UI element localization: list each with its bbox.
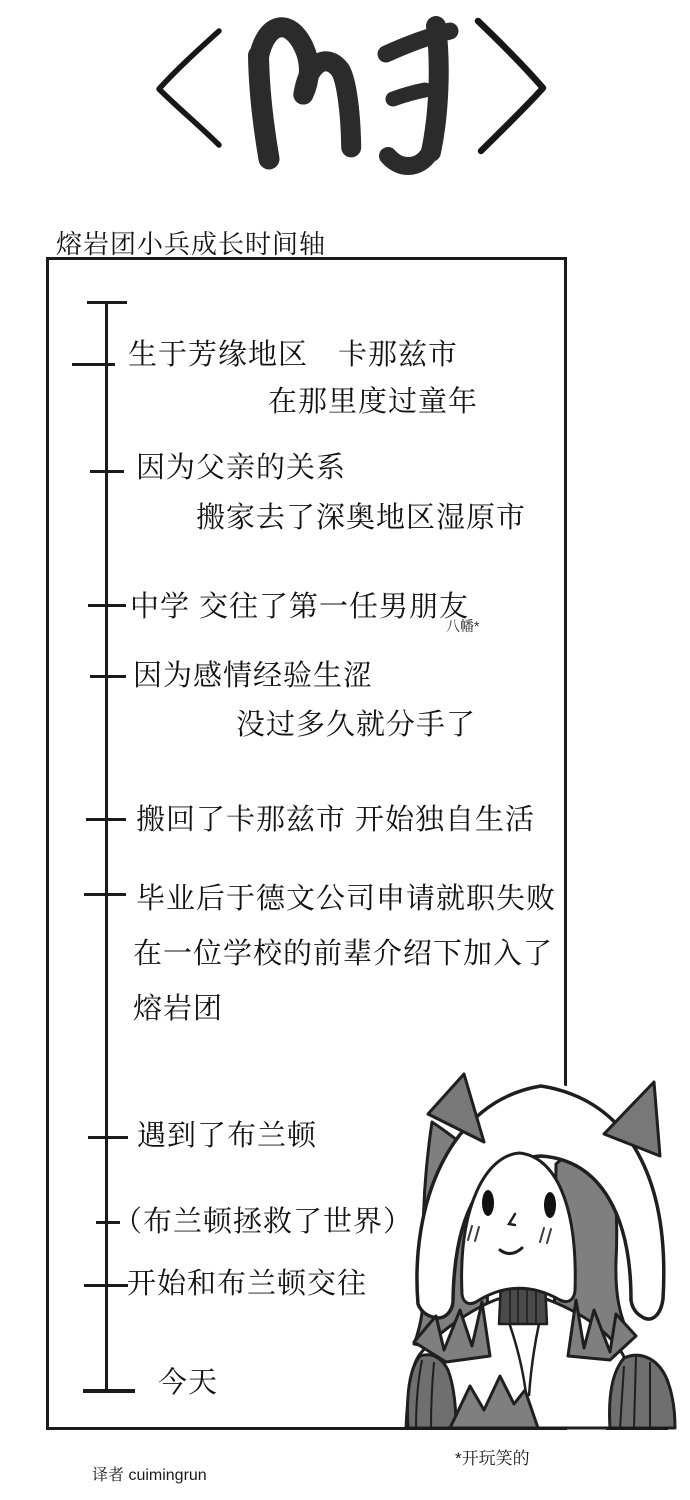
letter-j (386, 26, 450, 166)
timeline-entry-text: 因为感情经验生涩 (133, 660, 373, 693)
timeline-entry-text: 因为父亲的关系 (136, 452, 346, 485)
timeline-entry-text: 在一位学校的前辈介绍下加入了 (133, 938, 553, 971)
timeline-tick (88, 1136, 128, 1139)
timeline-tick (90, 675, 126, 678)
timeline-entry-text: 没过多久就分手了 (236, 709, 476, 742)
timeline-entry-text: 毕业后于德文公司申请就职失败 (136, 883, 556, 916)
translator-credit: 译者 cuimingrun (92, 1462, 207, 1485)
timeline-tick (84, 1284, 128, 1287)
timeline-entry-text: 搬回了卡那兹市 开始独自生活 (136, 804, 535, 837)
right-bracket-stroke (478, 21, 543, 151)
timeline-tick (90, 470, 124, 473)
timeline-entry-text: 搬家去了深奥地区湿原市 (196, 502, 526, 535)
letter-m (251, 19, 355, 159)
timeline-tick (88, 604, 126, 607)
timeline-entry-text: 在那里度过童年 (268, 386, 478, 419)
comic-page: 熔岩团小兵成长时间轴 生于芳缘地区 卡那兹市 在那里度过童年 因为父亲的关系 搬… (0, 0, 690, 1500)
timeline-end-bar (83, 1389, 135, 1393)
timeline-entry-text: 开始和布兰顿交往 (127, 1268, 367, 1301)
hand-drawn-mj-logo (140, 2, 560, 192)
timeline-entry-text: 遇到了布兰顿 (137, 1120, 317, 1153)
timeline-entry-text: 生于芳缘地区 卡那兹市 (128, 339, 458, 372)
timeline-entry-text: 中学 交往了第一任男朋友 (130, 591, 469, 624)
page-title: 熔岩团小兵成长时间轴 (56, 224, 326, 261)
magma-grunt-character-drawing (398, 1056, 690, 1430)
timeline-start-bar (87, 301, 127, 304)
timeline-axis (105, 303, 108, 1392)
timeline-entry-text: （布兰顿拯救了世界） (113, 1206, 413, 1239)
timeline-entry-note: 八幡* (446, 616, 479, 636)
frame-bottom-border (46, 1427, 567, 1430)
timeline-tick (84, 893, 126, 896)
timeline-tick (86, 818, 126, 821)
drawing-bottom-edge (606, 1427, 668, 1430)
footnote-text: *开玩笑的 (455, 1444, 530, 1469)
left-bracket-stroke (159, 31, 219, 145)
timeline-entry-text: 熔岩团 (133, 993, 223, 1026)
timeline-entry-text: 今天 (158, 1367, 218, 1400)
timeline-tick (72, 363, 115, 366)
